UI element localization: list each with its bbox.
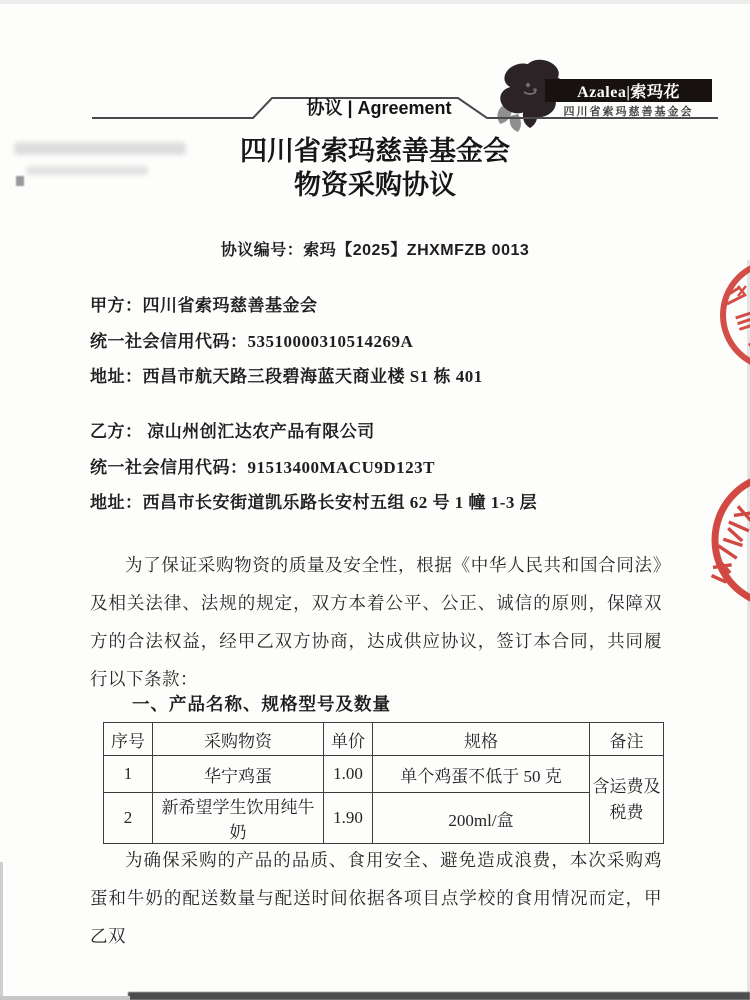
document-title: 四川省索玛慈善基金会 物资采购协议 [0, 134, 750, 202]
scan-left-edge [0, 862, 3, 1000]
col-header-no: 序号 [104, 723, 153, 756]
party-b-block: 乙方： 凉山州创汇达农产品有限公司 统一社会信用代码：91513400MACU9… [90, 414, 670, 521]
cell-price: 1.00 [324, 756, 373, 793]
party-a-block: 甲方：四川省索玛慈善基金会 统一社会信用代码：53510000310514269… [90, 288, 670, 395]
party-a-credit-code: 统一社会信用代码：53510000310514269A [90, 324, 670, 360]
party-b-credit-code: 统一社会信用代码：91513400MACU9D123T [90, 450, 670, 486]
table-row: 1 华宁鸡蛋 1.00 单个鸡蛋不低于 50 克 含运费及税费 [104, 756, 664, 793]
col-header-spec: 规格 [373, 723, 590, 756]
table-row: 2 新希望学生饮用纯牛奶 1.90 200ml/盒 [104, 793, 664, 844]
goods-table: 序号 采购物资 单价 规格 备注 1 华宁鸡蛋 1.00 单个鸡蛋不低于 50 … [103, 722, 664, 844]
cell-no: 2 [104, 793, 153, 844]
cell-no: 1 [104, 756, 153, 793]
section1-heading: 一、产品名称、规格型号及数量 [132, 691, 391, 716]
party-a-address: 地址：西昌市航天路三段碧海蓝天商业楼 S1 栋 401 [90, 359, 670, 395]
party-b-name: 乙方： 凉山州创汇达农产品有限公司 [90, 414, 670, 450]
col-header-remark: 备注 [590, 723, 664, 756]
party-b-address: 地址：西昌市长安街道凯乐路长安村五组 62 号 1 幢 1-3 层 [90, 485, 670, 521]
document-title-line2: 物资采购协议 [0, 168, 750, 202]
scanned-contract-page: Azalea|索玛花 四川省索玛慈善基金会 协议 | Agreement 四川省… [0, 0, 750, 1000]
scan-bottom-shadow-light [0, 996, 130, 1000]
red-round-seal-upper-icon [712, 258, 750, 378]
document-title-line1: 四川省索玛慈善基金会 [0, 134, 750, 168]
agreement-number: 协议编号：索玛【2025】ZHXMFZB 0013 [0, 237, 750, 260]
party-a-name: 甲方：四川省索玛慈善基金会 [90, 288, 670, 324]
closing-paragraph: 为确保采购的产品的品质、食用安全、避免造成浪费，本次采购鸡蛋和牛奶的配送数量与配… [90, 841, 662, 955]
cell-spec: 单个鸡蛋不低于 50 克 [373, 756, 590, 793]
cell-remark-merged: 含运费及税费 [590, 756, 664, 844]
preamble-paragraph: 为了保证采购物资的质量及安全性，根据《中华人民共和国合同法》及相关法律、法规的规… [90, 546, 662, 698]
goods-table-header-row: 序号 采购物资 单价 规格 备注 [104, 723, 664, 756]
red-round-seal-lower-icon [700, 468, 750, 618]
col-header-price: 单价 [324, 723, 373, 756]
header-tab-label: 协议 | Agreement [272, 98, 486, 119]
cell-item: 华宁鸡蛋 [153, 756, 324, 793]
scan-bottom-shadow [128, 992, 750, 1000]
cell-spec: 200ml/盒 [373, 793, 590, 844]
cell-item: 新希望学生饮用纯牛奶 [153, 793, 324, 844]
cell-price: 1.90 [324, 793, 373, 844]
col-header-item: 采购物资 [153, 723, 324, 756]
